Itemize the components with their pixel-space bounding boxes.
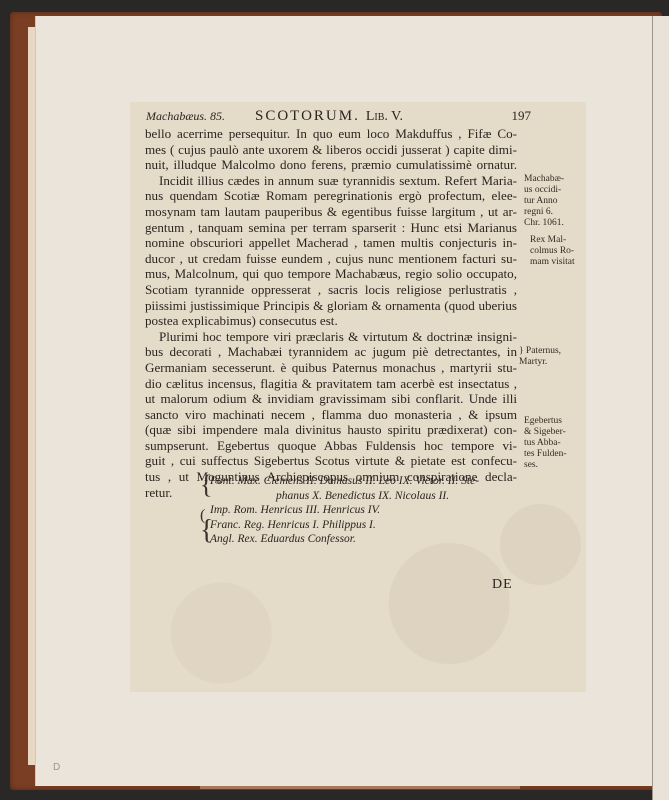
pencil-mark: D bbox=[53, 762, 60, 773]
body-text: bello acerrime persequitur. In quo eum l… bbox=[145, 126, 517, 500]
text-line: guit , cui suffectus Sigebertus Scotus v… bbox=[145, 453, 517, 469]
text-line: sancto viro machinati necem , flamma duo… bbox=[145, 407, 517, 423]
text-line: nuit, illudque Malcolmo dono ferens, præ… bbox=[145, 157, 517, 173]
brace-icon: { bbox=[200, 472, 212, 498]
text-line: ut malorum odium & invidiam gravissimam … bbox=[145, 391, 517, 407]
facing-page-edge bbox=[652, 16, 669, 800]
text-line: nus quendam Scotiæ Romam peregrinationis… bbox=[145, 188, 517, 204]
fasti-emperors: Imp. Rom. Henricus III. Henricus IV. bbox=[208, 503, 508, 518]
text-line: gentum , tanquam semina per terram spars… bbox=[145, 220, 517, 236]
fasti-popes-cont: phanus X. Benedictus IX. Nicolaus II. bbox=[208, 489, 508, 504]
fasti-english-king: Angl. Rex. Eduardus Confessor. bbox=[208, 532, 508, 547]
fasti-french-kings: Franc. Reg. Henricus I. Philippus I. bbox=[208, 518, 508, 533]
text-line: Plurimi hoc tempore viri præclaris & vir… bbox=[145, 329, 517, 345]
text-line: ducor , ut credam fuisse eundem , cujus … bbox=[145, 251, 517, 267]
text-line: nomine obscuriori appellet Macherad , ta… bbox=[145, 235, 517, 251]
text-line: piissimi justissimique Principis & glori… bbox=[145, 298, 517, 314]
running-head-title: SCOTORUM. bbox=[255, 108, 360, 125]
text-line: mus, Malcolnum, qui quo tempore Machabæu… bbox=[145, 266, 517, 282]
text-line: Germaniam secesserunt. è quibus Paternus… bbox=[145, 360, 517, 376]
text-line: Scotiam tyrannide oppresserat , sacris l… bbox=[145, 282, 517, 298]
text-line: mosynam tam lautam pauperibus & egentibu… bbox=[145, 204, 517, 220]
margin-note-malcolmus: Rex Mal- colmus Ro- mam visitat bbox=[530, 235, 592, 268]
paragraph-2: Incidit illius cædes in annum suæ tyrann… bbox=[145, 173, 517, 329]
margin-note-machabaeus: Machabæ- us occidi- tur Anno regni 6. Ch… bbox=[524, 174, 586, 229]
fasti-popes: Pont. Max. Clemens II. Damasus II. Leo I… bbox=[208, 474, 508, 489]
running-head-book: Lib. V. bbox=[366, 109, 403, 125]
page-number: 197 bbox=[512, 108, 532, 124]
brace-icon: { bbox=[200, 518, 213, 544]
running-head: Machabæus. 85. SCOTORUM. Lib. V. 197 bbox=[146, 108, 531, 126]
text-line: postea explicabimus) consecutus est. bbox=[145, 313, 517, 329]
text-line: bello acerrime persequitur. In quo eum l… bbox=[145, 126, 517, 142]
margin-note-paternus: } Paternus, Martyr. bbox=[519, 346, 581, 368]
text-line: Incidit illius cædes in annum suæ tyrann… bbox=[145, 173, 517, 189]
catchword: DE bbox=[492, 577, 513, 593]
chronology-table: { ( { Pont. Max. Clemens II. Damasus II.… bbox=[208, 474, 508, 547]
text-line: mes ( cujus paulò ante uxorem & liberos … bbox=[145, 142, 517, 158]
text-line: (quæ sibi impendere mala divinitus haust… bbox=[145, 422, 517, 438]
scanned-page: Machabæus. 85. SCOTORUM. Lib. V. 197 bel… bbox=[130, 102, 586, 692]
text-line: bus decorati , Machabæi tyrannidem ac ju… bbox=[145, 344, 517, 360]
margin-note-egebertus: Egebertus & Sigeber- tus Abba- tes Fulde… bbox=[524, 416, 586, 471]
running-head-note: Machabæus. 85. bbox=[146, 109, 225, 124]
text-line: dio cælitus incensus, flagitia & pravita… bbox=[145, 376, 517, 392]
text-line: sumpserunt. Egebertus quoque Abbas Fulde… bbox=[145, 438, 517, 454]
paragraph-1: bello acerrime persequitur. In quo eum l… bbox=[145, 126, 517, 173]
